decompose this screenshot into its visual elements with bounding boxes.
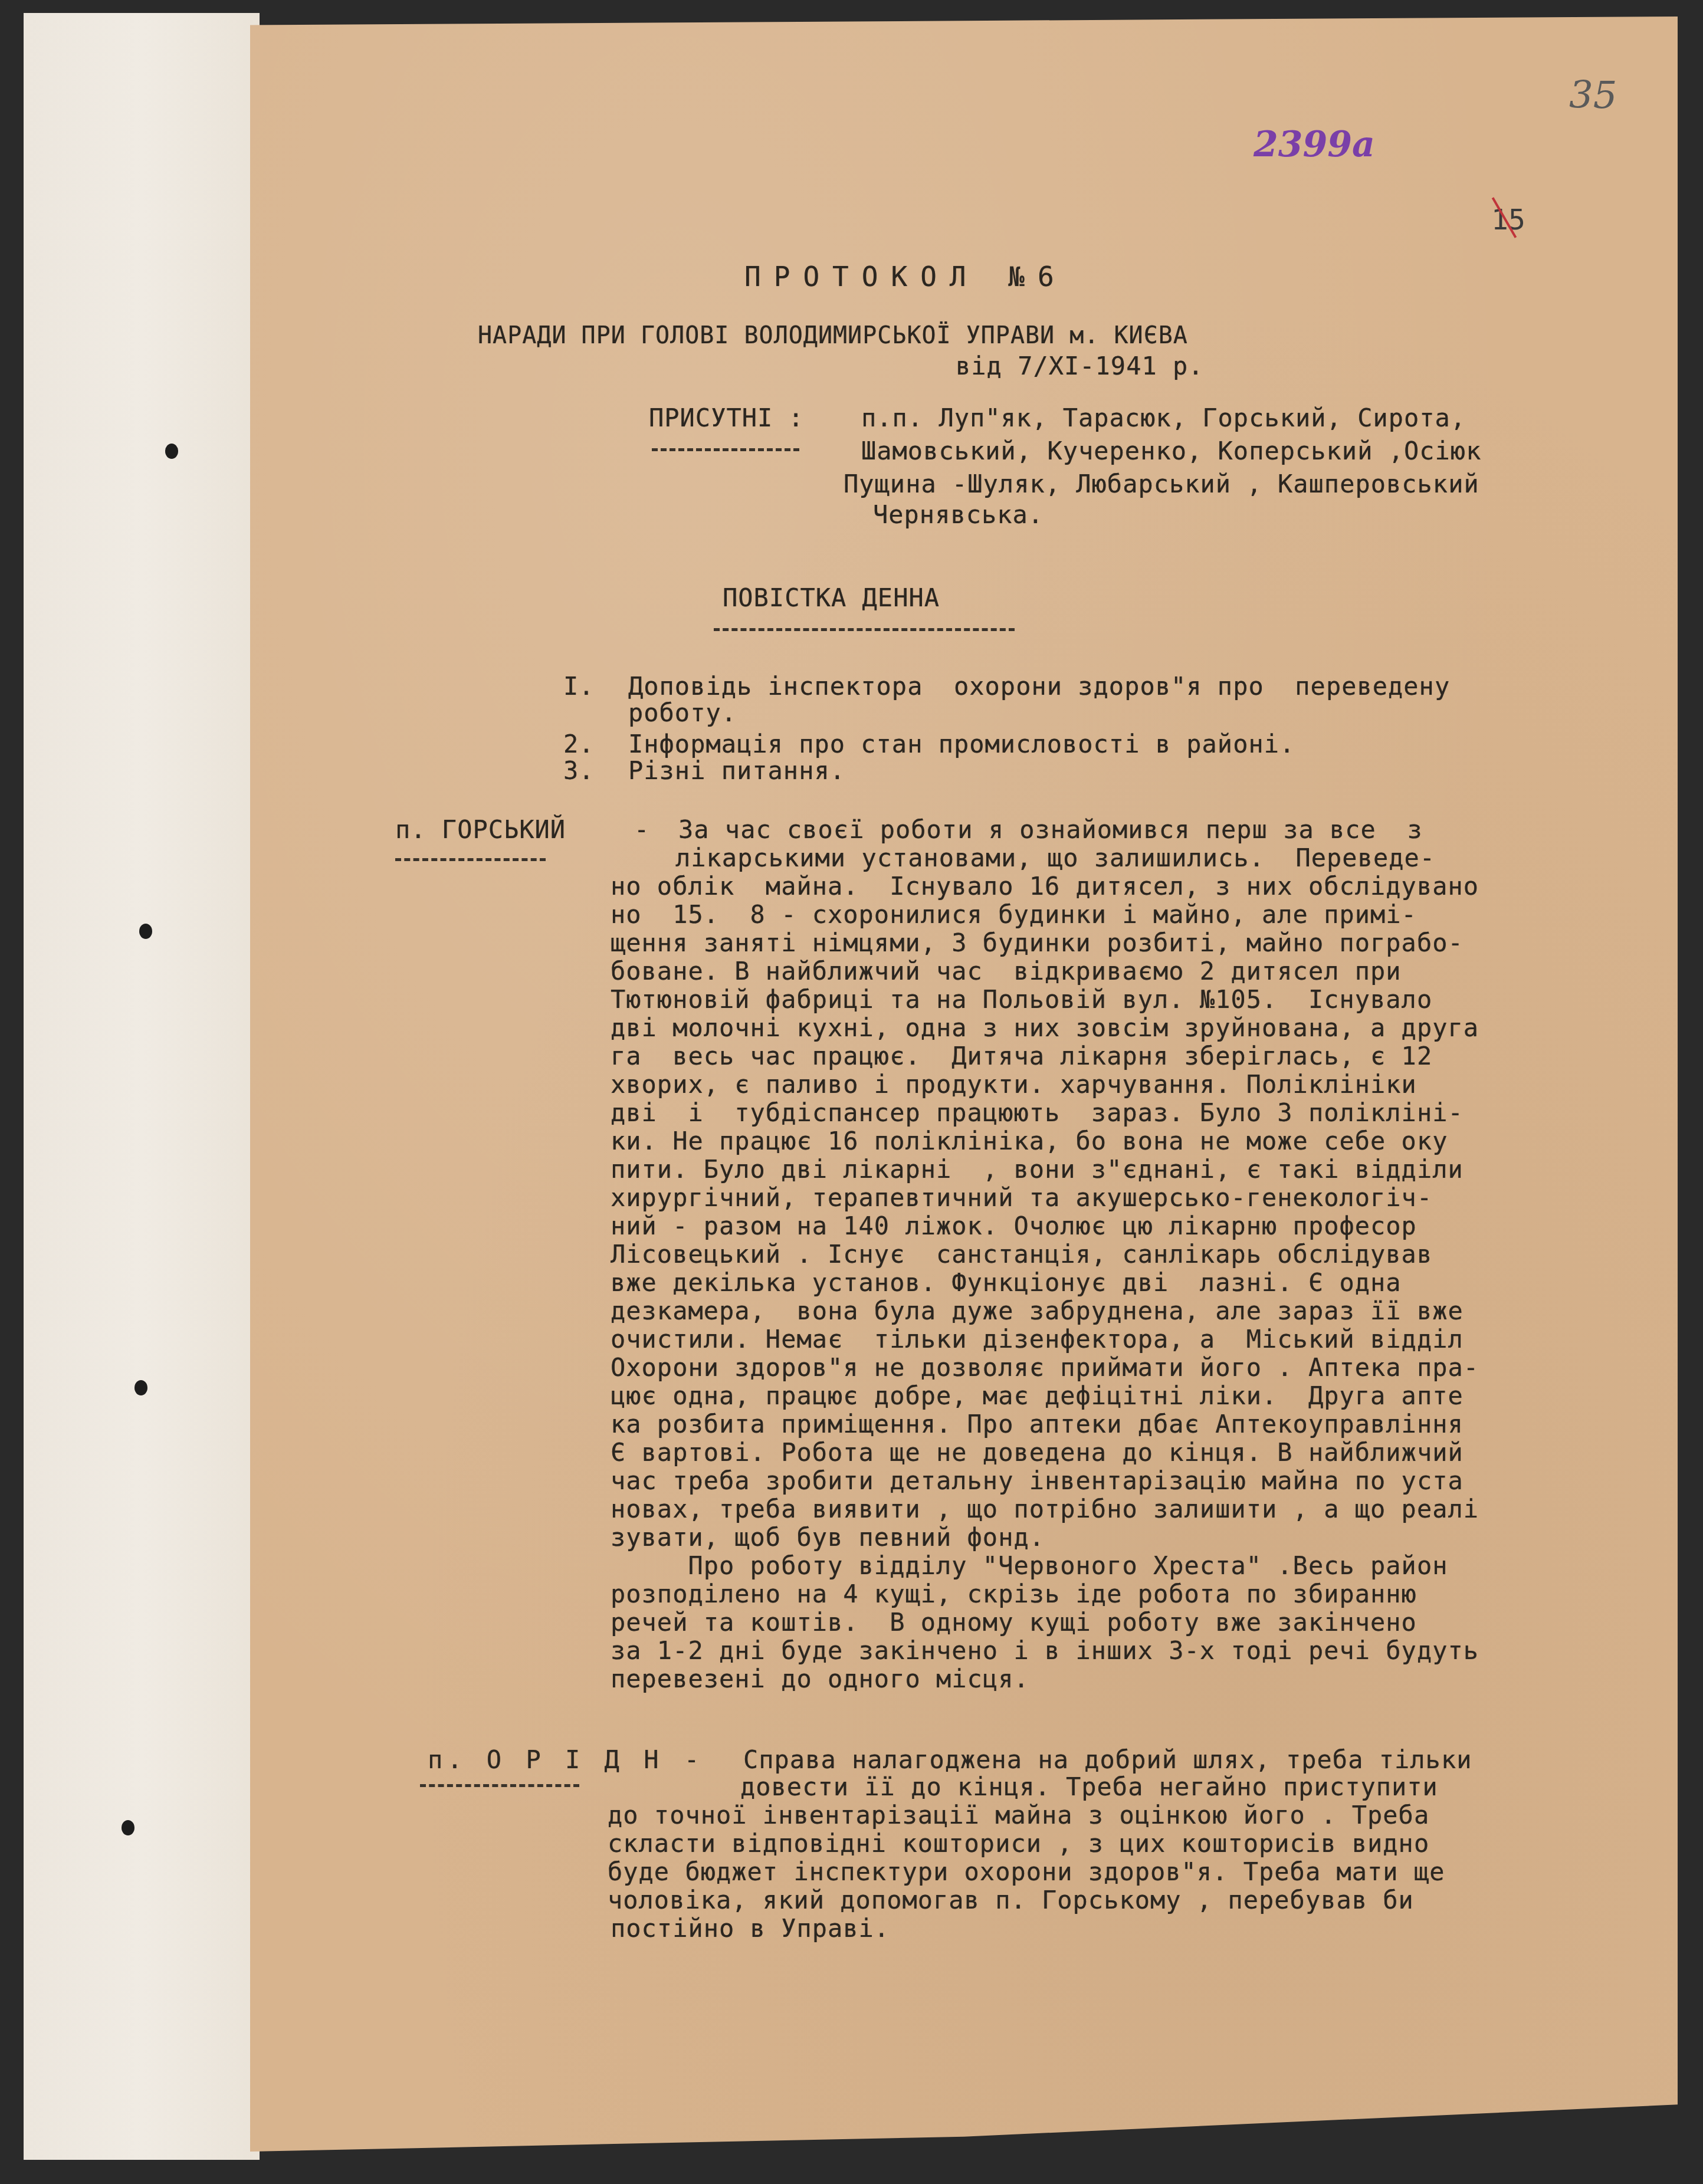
agenda-title: ПОВІСТКА ДЕННА <box>723 584 940 612</box>
speech-line: га весь час працює. Дитяча лікарня збері… <box>611 1042 1479 1070</box>
sheet-number: 35 <box>1569 74 1617 117</box>
archive-number: 2399а <box>1254 124 1375 165</box>
speech-line: довести її до кінця. Треба негайно прист… <box>608 1773 1445 1801</box>
document-subtitle: НАРАДИ ПРИ ГОЛОВІ ВОЛОДИМИРСЬКОЇ УПРАВИ … <box>478 321 1188 350</box>
speech-line: зувати, щоб був певний фонд. <box>611 1523 1479 1552</box>
speaker-dash: - <box>684 1746 700 1774</box>
speech-line: боване. В найближчий час відкриваємо 2 д… <box>611 957 1479 986</box>
punch-hole <box>139 924 152 939</box>
document-date: від 7/XI-1941 р. <box>956 352 1204 380</box>
speech-line: щення заняті німцями, 3 будинки розбиті,… <box>611 929 1479 957</box>
speech-line: вже декілька установ. Функціонує дві лаз… <box>611 1269 1479 1297</box>
speaker-underline <box>395 858 546 861</box>
speech-oridn-body: довести її до кінця. Треба негайно прист… <box>608 1773 1445 1943</box>
speech-line: но 15. 8 - схоронилися будинки і майно, … <box>611 901 1479 929</box>
speech-line: чоловіка, який допомогав п. Горському , … <box>608 1886 1445 1914</box>
folio-number: 15 <box>1491 203 1525 237</box>
speech-line: час треба зробити детальну інвентарізаці… <box>611 1467 1479 1495</box>
agenda-item-1-num: I. <box>563 672 595 701</box>
speech-line: скласти відповідні кошториси , з цих кош… <box>608 1830 1445 1858</box>
punch-hole <box>122 1820 134 1835</box>
speech-gorsky-body: лікарськими установами, що залишились. П… <box>611 844 1479 1693</box>
agenda-underline <box>714 628 1015 631</box>
speaker-oridn: п. О Р І Д Н <box>428 1746 663 1774</box>
agenda-item-1: Доповідь інспектора охорони здоров"я про… <box>628 672 1450 701</box>
speech-line: лікарськими установами, що залишились. П… <box>611 844 1479 872</box>
speech-line: хворих, є паливо і продукти. харчування.… <box>611 1070 1479 1099</box>
speech-line: Лісовецький . Існує санстанція, санлікар… <box>611 1240 1479 1269</box>
speech-line: Тютюновій фабриці та на Польовій вул. №1… <box>611 986 1479 1014</box>
speech-line: За час своєї роботи я ознайомився перш з… <box>678 816 1423 844</box>
speech-line: постійно в Управі. <box>608 1914 1445 1943</box>
punch-hole <box>165 444 178 459</box>
speech-line: но облік майна. Існувало 16 дитясел, з н… <box>611 872 1479 901</box>
speech-line: хирургічний, терапевтичний та акушерсько… <box>611 1184 1479 1212</box>
speech-line: буде бюджет інспектури охорони здоров"я.… <box>608 1858 1445 1886</box>
speech-line: Є вартові. Робота ще не доведена до кінц… <box>611 1439 1479 1467</box>
speech-line: цює одна, працює добре, має дефіцітні лі… <box>611 1382 1479 1410</box>
speech-line: пити. Було дві лікарні , вони з"єднані, … <box>611 1155 1479 1184</box>
agenda-item-1-cont: роботу. <box>628 699 737 727</box>
attendees-line: п.п. Луп"як, Тарасюк, Горський, Сирота, <box>861 404 1466 432</box>
attendees-line: Пущина -Шуляк, Любарський , Кашперовськи… <box>844 470 1479 498</box>
attendees-list: п.п. Луп"як, Тарасюк, Горський, Сирота, <box>861 404 1466 432</box>
speech-line: перевезені до одного місця. <box>611 1665 1479 1693</box>
attendees-label: ПРИСУТНІ : <box>649 404 804 432</box>
speech-line: ний - разом на 140 ліжок. Очолює цю ліка… <box>611 1212 1479 1240</box>
speech-line: Про роботу відділу "Червоного Хреста" .В… <box>611 1552 1479 1580</box>
speech-line: речей та коштів. В одному кущі роботу вж… <box>611 1608 1479 1637</box>
speech-line: за 1-2 дні буде закінчено і в інших 3-х … <box>611 1637 1479 1665</box>
speech-line: ка розбита приміщення. Про аптеки дбає А… <box>611 1410 1479 1439</box>
speaker-gorsky: п. ГОРСЬКИЙ <box>395 816 566 844</box>
speech-line: дві і тубдіспансер працюють зараз. Було … <box>611 1099 1479 1127</box>
speech-line: Охорони здоров"я не дозволяє приймати йо… <box>611 1354 1479 1382</box>
attendees-line: Чернявська. <box>873 501 1044 529</box>
punch-hole <box>134 1380 147 1395</box>
agenda-item-3: Різні питання. <box>628 757 845 785</box>
speaker-underline <box>420 1784 579 1787</box>
agenda-item-2: Інформація про стан промисловості в райо… <box>628 730 1295 758</box>
speech-line: дезкамера, вона була дуже забруднена, ал… <box>611 1297 1479 1325</box>
backing-paper-strip <box>24 13 260 2160</box>
agenda-item-2-num: 2. <box>563 730 595 758</box>
speech-line: очистили. Немає тільки дізенфектора, а М… <box>611 1325 1479 1354</box>
speech-line: Справа налагоджена на добрий шлях, треба… <box>743 1746 1472 1774</box>
speaker-dash: - <box>634 816 649 844</box>
document-title: ПРОТОКОЛ №6 <box>744 262 1067 291</box>
speech-line: розподілено на 4 кущі, скрізь іде робота… <box>611 1580 1479 1608</box>
speech-line: ки. Не працює 16 поліклініка, бо вона не… <box>611 1127 1479 1155</box>
speech-gorsky: За час своєї роботи я ознайомився перш з… <box>678 816 1423 844</box>
attendees-line: Шамовський, Кучеренко, Коперський ,Осіюк <box>861 437 1481 465</box>
speech-line: до точної інвентарізації майна з оцінкою… <box>608 1801 1445 1830</box>
agenda-item-3-num: 3. <box>563 757 595 785</box>
speech-line: дві молочні кухні, одна з них зовсім зру… <box>611 1014 1479 1042</box>
speech-line: новах, треба виявити , що потрібно залиш… <box>611 1495 1479 1523</box>
attendees-underline <box>652 448 799 451</box>
